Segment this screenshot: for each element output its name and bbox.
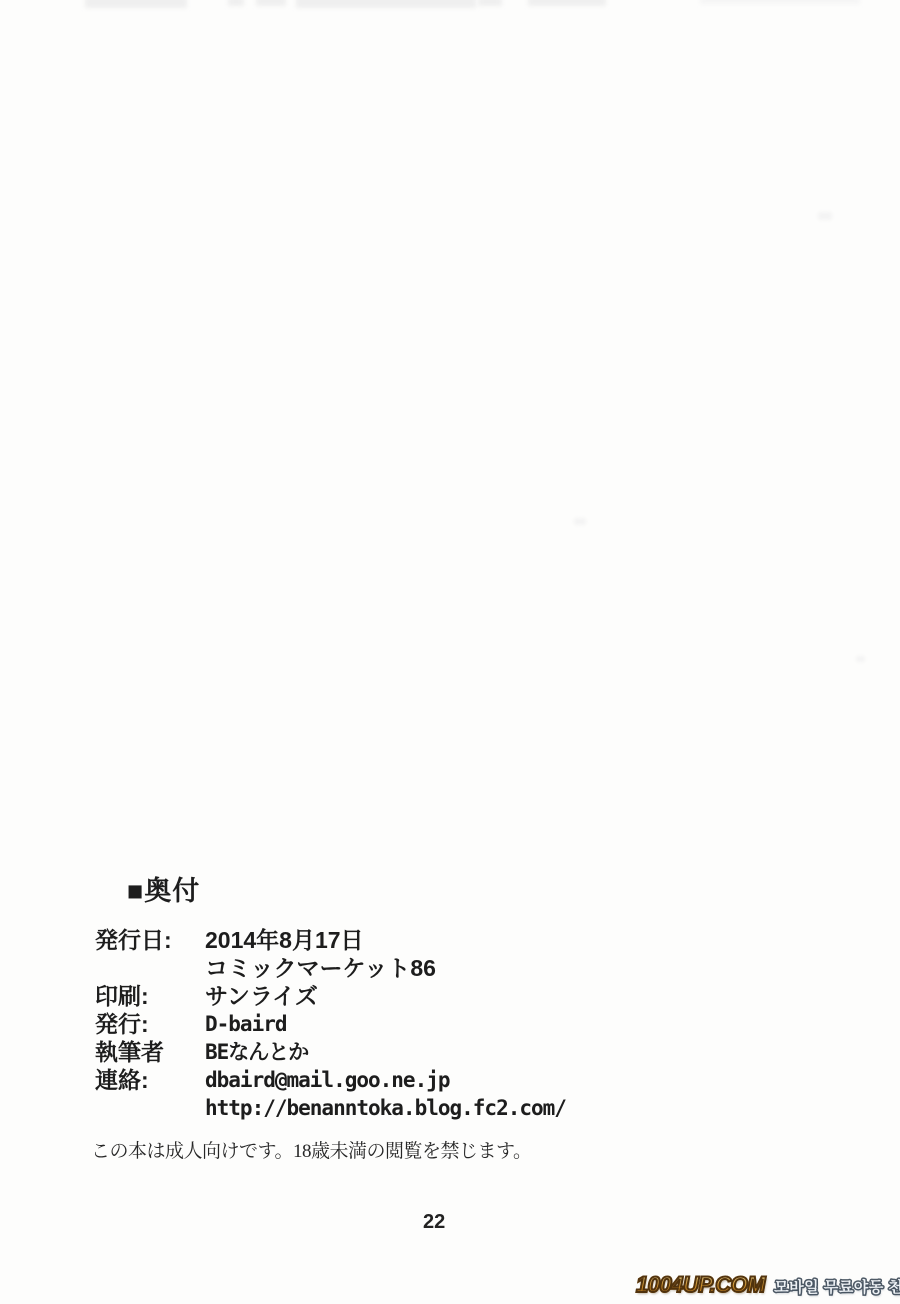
colophon-value: D-baird [205, 1010, 287, 1038]
colophon-label: 執筆者 [95, 1038, 205, 1066]
colophon-label: 発行日: [95, 926, 205, 954]
colophon-email: dbaird@mail.goo.ne.jp [205, 1066, 450, 1094]
watermark-tagline: 모바일 무료야동 천사티비 [774, 1276, 900, 1297]
watermark-site-logo: 1004UP.COM [636, 1272, 765, 1298]
colophon-value: コミックマーケット86 [205, 954, 436, 982]
colophon-row-event: コミックマーケット86 [95, 954, 715, 982]
scan-artifact [574, 518, 586, 525]
colophon-value: 2014年8月17日 [205, 926, 364, 954]
colophon-row-author: 執筆者 BEなんとか [95, 1038, 715, 1066]
scan-artifact [700, 0, 860, 4]
scan-artifact [478, 0, 502, 6]
page-number: 22 [423, 1211, 445, 1234]
scan-artifact [528, 0, 606, 6]
colophon-row-contact-email: 連絡: dbaird@mail.goo.ne.jp [95, 1066, 715, 1094]
colophon-block: 発行日: 2014年8月17日 コミックマーケット86 印刷: サンライズ 発行… [95, 926, 715, 1122]
scan-artifact [228, 0, 244, 6]
colophon-label: 発行: [95, 1010, 205, 1038]
colophon-value: BEなんとか [205, 1038, 308, 1066]
scan-artifact [85, 0, 187, 8]
scan-artifact [818, 212, 832, 220]
colophon-url: http://benanntoka.blog.fc2.com/ [205, 1094, 566, 1122]
colophon-value: サンライズ [205, 982, 318, 1010]
watermark: 1004UP.COM 모바일 무료야동 천사티비 [636, 1272, 900, 1298]
colophon-label: 印刷: [95, 982, 205, 1010]
scan-artifact [256, 0, 286, 6]
colophon-label: 連絡: [95, 1066, 205, 1094]
colophon-row-publisher: 発行: D-baird [95, 1010, 715, 1038]
colophon-row-printer: 印刷: サンライズ [95, 982, 715, 1010]
scan-artifact [296, 0, 476, 8]
colophon-label [95, 954, 205, 982]
colophon-heading: ■奥付 [127, 869, 200, 908]
colophon-row-issue-date: 発行日: 2014年8月17日 [95, 926, 715, 954]
colophon-label [95, 1094, 205, 1122]
scanned-page: ■奥付 発行日: 2014年8月17日 コミックマーケット86 印刷: サンライ… [0, 0, 900, 1304]
adult-disclaimer: この本は成人向けです。18歳未満の閲覧を禁じます。 [91, 1136, 531, 1163]
colophon-row-website: http://benanntoka.blog.fc2.com/ [95, 1094, 715, 1122]
scan-artifact [856, 656, 865, 662]
